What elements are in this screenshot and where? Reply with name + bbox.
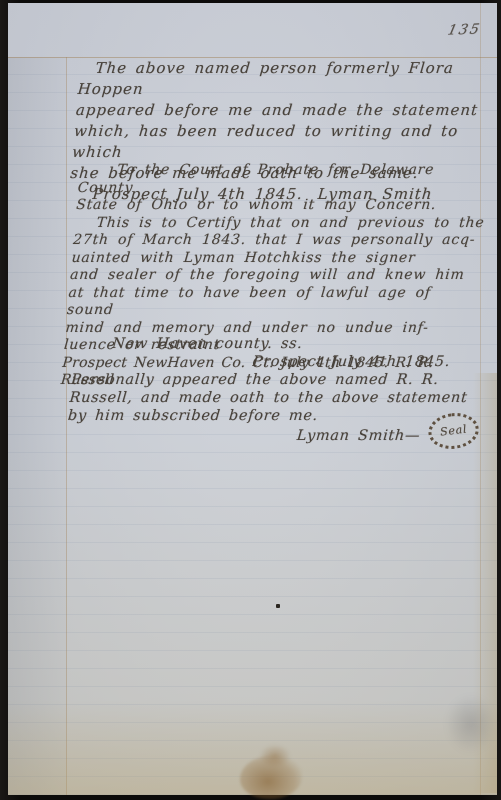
handwritten-line: Russell, and made oath to the above stat… [69, 389, 485, 407]
gutter-shading [8, 57, 66, 795]
handwritten-line: which, has been reduced to writing and t… [71, 121, 485, 163]
handwritten-line: To the Court of Probate for Delaware Cou… [77, 162, 494, 197]
handwritten-line: State of Ohio or to whom it may Concern. [75, 197, 491, 215]
dateline-prospect: Prospect July 4th 1845. [72, 353, 488, 371]
jurat-paragraph: New Haven county. ss. Prospect July 4th … [65, 335, 489, 449]
page-number: 135 [446, 21, 482, 38]
signature-lyman-smith: Lyman Smith— [296, 427, 421, 445]
ink-stain-bottom-center [240, 755, 302, 799]
handwritten-line: uainted with Lyman Hotchkiss the signer [71, 250, 487, 268]
seal-label: Seal [439, 421, 468, 442]
ink-speck [276, 604, 280, 608]
venue-line: New Haven county. ss. [73, 335, 489, 353]
handwritten-line: at that time to have been of lawful age … [66, 285, 483, 320]
smudge-stain-bottom-right [446, 695, 496, 753]
paper-sheet: 135 The above named person formerly Flor… [8, 3, 497, 795]
handwritten-line: 27th of March 1843. that I was personall… [72, 232, 488, 250]
scanned-ledger-page: 135 The above named person formerly Flor… [0, 0, 501, 800]
handwritten-line: The above named person formerly Flora Ho… [77, 58, 491, 100]
handwritten-line: appeared before me and made the statemen… [75, 100, 487, 121]
handwritten-line: Personally appeared the above named R. R… [70, 371, 486, 389]
handwritten-line: This is to Certify that on and previous … [74, 215, 490, 233]
handwritten-line: and sealer of the foregoing will and kne… [69, 267, 485, 285]
